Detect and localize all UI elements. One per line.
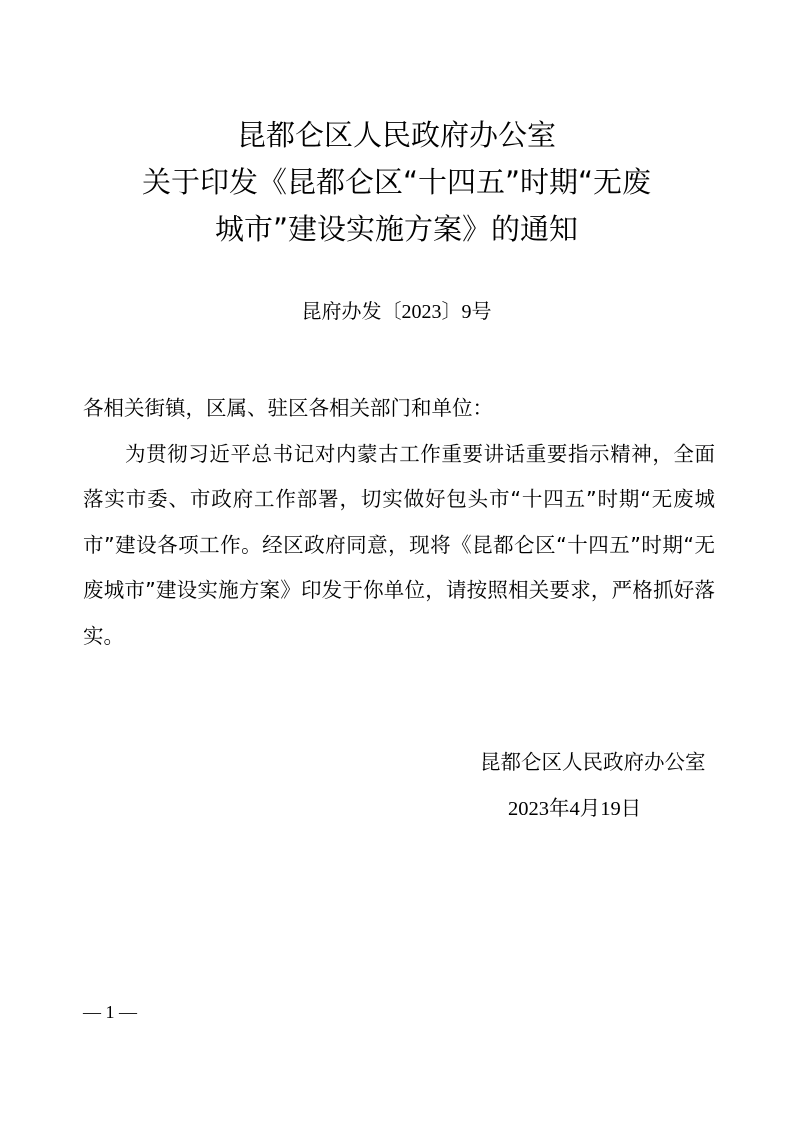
document-title: 昆都仑区人民政府办公室 关于印发《昆都仑区“十四五”时期“无废 城市”建设实施方… (0, 112, 793, 253)
doc-number-prefix: 昆府办发 (302, 299, 382, 323)
title-line-2: 关于印发《昆都仑区“十四五”时期“无废 (0, 159, 793, 206)
date-day-label: 日 (621, 796, 642, 820)
doc-number-value: 9 (462, 301, 472, 323)
title-line-1: 昆都仑区人民政府办公室 (0, 112, 793, 159)
signature-date: 2023年4月19日 (508, 793, 641, 824)
date-year-label: 年 (549, 796, 570, 820)
doc-number-year: 〔2023〕 (382, 301, 462, 323)
signature-organization: 昆都仑区人民政府办公室 (480, 747, 706, 777)
body-paragraph: 为贯彻习近平总书记对内蒙古工作重要讲话重要指示精神，全面落实市委、市政府工作部署… (83, 432, 715, 660)
document-number: 昆府办发〔2023〕9号 (0, 296, 793, 327)
date-month: 4 (570, 798, 580, 820)
document-body: 各相关街镇，区属、驻区各相关部门和单位： 为贯彻习近平总书记对内蒙古工作重要讲话… (83, 386, 715, 659)
page-number: — 1 — (83, 1000, 137, 1024)
date-month-label: 月 (580, 796, 601, 820)
date-year: 2023 (508, 798, 549, 820)
document-page: 昆都仑区人民政府办公室 关于印发《昆都仑区“十四五”时期“无废 城市”建设实施方… (0, 0, 793, 1122)
doc-number-suffix: 号 (472, 299, 492, 323)
addressee: 各相关街镇，区属、驻区各相关部门和单位： (83, 386, 715, 432)
title-line-3: 城市”建设实施方案》的通知 (0, 206, 793, 253)
date-day: 19 (600, 798, 621, 820)
